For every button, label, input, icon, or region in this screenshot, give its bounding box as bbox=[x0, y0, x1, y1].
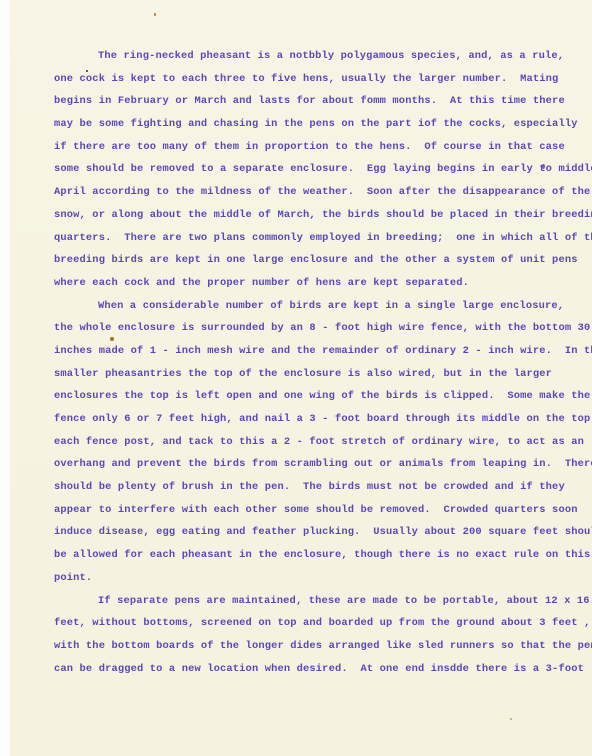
paragraph-2-line-10: appear to interfere with each other some… bbox=[54, 499, 554, 522]
paragraph-2-line-6: fence only 6 or 7 feet high, and nail a … bbox=[54, 408, 554, 431]
paragraph-1-line-3: begins in February or March and lasts fo… bbox=[54, 90, 554, 113]
paragraph-2-line-5: enclosures the top is left open and one … bbox=[54, 385, 554, 408]
paragraph-1-line-2: one cock is kept to each three to five h… bbox=[54, 68, 554, 91]
paragraph-2-line-13: point. bbox=[54, 567, 554, 590]
paper-speck bbox=[110, 337, 114, 341]
paragraph-2-line-8: overhang and prevent the birds from scra… bbox=[54, 453, 554, 476]
paper-speck bbox=[510, 718, 512, 720]
page-body-text: The ring-necked pheasant is a notbbly po… bbox=[54, 45, 554, 680]
paragraph-1-line-6: some should be removed to a separate enc… bbox=[54, 158, 554, 181]
paragraph-3-line-2: feet, without bottoms, screened on top a… bbox=[54, 612, 554, 635]
paragraph-1-line-11: where each cock and the proper number of… bbox=[54, 272, 554, 295]
paragraph-3-line-3: with the bottom boards of the longer did… bbox=[54, 635, 554, 658]
paper-speck bbox=[86, 70, 88, 72]
paragraph-2-line-4: smaller pheasantries the top of the encl… bbox=[54, 363, 554, 386]
paragraph-3-line-1: If separate pens are maintained, these a… bbox=[54, 590, 554, 613]
paragraph-1-line-1: The ring-necked pheasant is a notbbly po… bbox=[54, 45, 554, 68]
paragraph-2-line-12: be allowed for each pheasant in the encl… bbox=[54, 544, 554, 567]
paragraph-1-line-10: breeding birds are kept in one large enc… bbox=[54, 249, 554, 272]
paragraph-2-line-11: induce disease, egg eating and feather p… bbox=[54, 521, 554, 544]
paragraph-2-line-7: each fence post, and tack to this a 2 - … bbox=[54, 431, 554, 454]
paragraph-1-line-8: snow, or along about the middle of March… bbox=[54, 204, 554, 227]
paragraph-2-line-3: inches made of 1 - inch mesh wire and th… bbox=[54, 340, 554, 363]
paragraph-3-line-4: can be dragged to a new location when de… bbox=[54, 658, 554, 681]
typewritten-page: The ring-necked pheasant is a notbbly po… bbox=[10, 0, 592, 756]
scan-left-margin-strip bbox=[0, 0, 10, 756]
paragraph-2-line-9: should be plenty of brush in the pen. Th… bbox=[54, 476, 554, 499]
paper-speck bbox=[154, 13, 156, 16]
paragraph-1-line-7: April according to the mildness of the w… bbox=[54, 181, 554, 204]
paragraph-1-line-9: quarters. There are two plans commonly e… bbox=[54, 227, 554, 250]
paragraph-2-line-2: the whole enclosure is surrounded by an … bbox=[54, 317, 554, 340]
paragraph-2-line-1: When a considerable number of birds are … bbox=[54, 295, 554, 318]
paragraph-1-line-4: may be some fighting and chasing in the … bbox=[54, 113, 554, 136]
paper-speck bbox=[542, 164, 545, 169]
paragraph-1-line-5: if there are too many of them in proport… bbox=[54, 136, 554, 159]
